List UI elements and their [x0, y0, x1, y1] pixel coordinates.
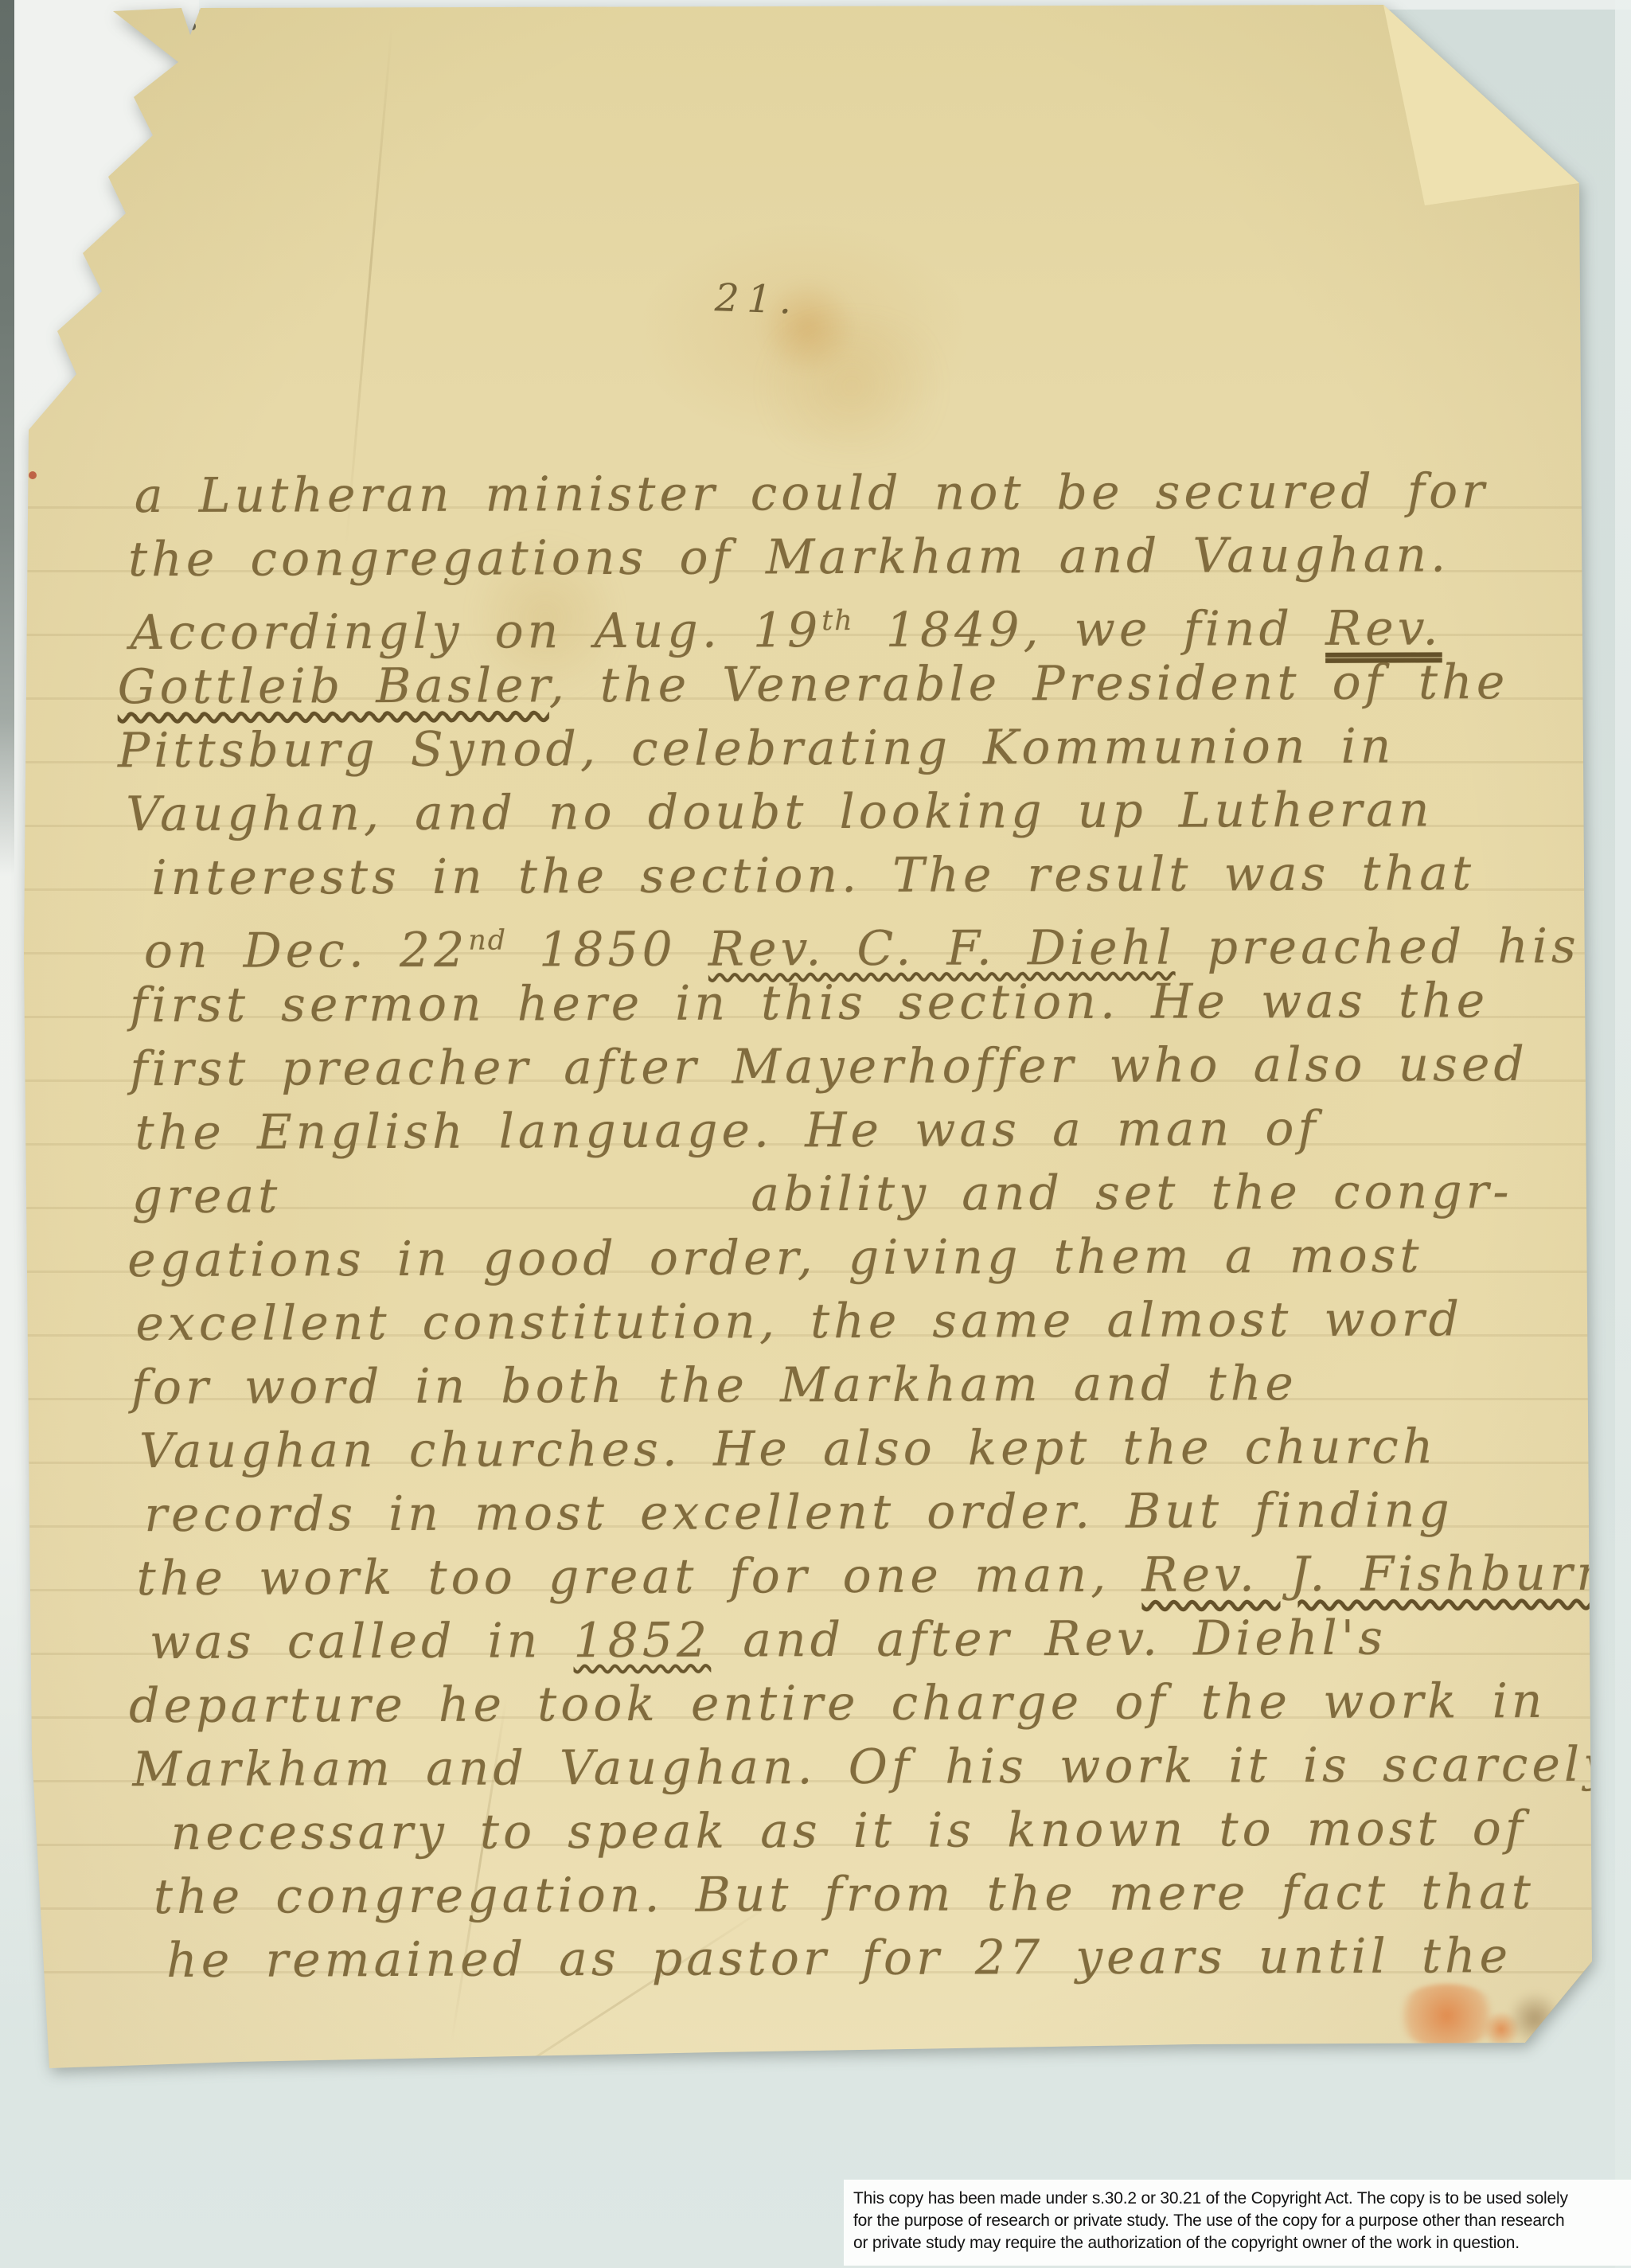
handwriting-line: Vaughan churches. He also kept the churc…: [139, 1415, 1585, 1483]
handwriting-text: and after Rev. Diehl's: [711, 1610, 1387, 1669]
handwriting-line: Pittsburg Synod, celebrating Kommunion i…: [118, 714, 1582, 783]
handwriting-text: great: [132, 1169, 282, 1225]
handwriting-text: necessary to speak as it is known to mos…: [171, 1801, 1528, 1861]
handwriting-line: the English language. He was a man of: [135, 1096, 1583, 1165]
handwriting-line: a Lutheran minister could not be secured…: [135, 459, 1582, 528]
handwriting-text: first preacher after Mayerhoffer who als…: [130, 1036, 1528, 1097]
handwriting-line: first preacher after Mayerhoffer who als…: [130, 1033, 1583, 1101]
handwriting-text: Markham and Vaughan. Of his work it is s…: [132, 1737, 1614, 1798]
handwriting-text: on Dec. 22: [144, 923, 469, 979]
handwriting-text: he remained as pastor for 27 years until…: [166, 1928, 1512, 1989]
handwriting-line: egations in good order, giving them a mo…: [127, 1224, 1584, 1292]
paper-shadow-wrapper: 21. a Lutheran minister could not be sec…: [0, 0, 1631, 2268]
handwriting-line: Accordingly on Aug. 19th 1849, we find R…: [130, 587, 1582, 655]
handwriting-line: on Dec. 22nd 1850 Rev. C. F. Diehl preac…: [144, 905, 1583, 974]
handwriting-line: was called in 1852 and after Rev. Diehl'…: [150, 1606, 1586, 1674]
handwriting-text: departure he took entire charge of the w…: [129, 1673, 1547, 1734]
handwriting-text: excellent constitution, the same almost …: [135, 1291, 1463, 1352]
handwriting-line: greatability and set the congr-: [132, 1160, 1584, 1228]
superscript-ordinal: nd: [468, 925, 507, 957]
underlined-name: Rev. J. Fishburn: [1141, 1546, 1611, 1603]
handwriting-text: records in most excellent order. But fin…: [144, 1482, 1453, 1543]
handwriting-text: Accordingly on Aug. 19: [130, 603, 821, 661]
handwriting-line: records in most excellent order. But fin…: [144, 1478, 1585, 1547]
scanned-document-page: 21. a Lutheran minister could not be sec…: [0, 0, 1631, 2268]
handwriting-text: 1850: [507, 922, 708, 978]
copyright-line: or private study may require the authori…: [853, 2232, 1631, 2254]
handwriting-text: for word in both the Markham and the: [131, 1356, 1297, 1415]
handwriting-line: the congregation. But from the mere fact…: [154, 1860, 1586, 1929]
handwriting-line: departure he took entire charge of the w…: [129, 1669, 1586, 1738]
red-speck: [29, 471, 37, 479]
handwriting-line: first sermon here in this section. He wa…: [130, 969, 1583, 1037]
handwriting-line: the congregations of Markham and Vaughan…: [128, 523, 1582, 591]
paper-sheet: 21. a Lutheran minister could not be sec…: [0, 0, 1631, 2268]
handwriting-text: Pittsburg Synod, celebrating Kommunion i…: [118, 719, 1395, 779]
handwriting-line: Vaughan, and no doubt looking up Luthera…: [126, 778, 1582, 846]
underlined-text: 1852: [573, 1613, 711, 1669]
handwriting-line: for word in both the Markham and the: [131, 1351, 1585, 1419]
underlined-text: Rev.: [1325, 600, 1442, 657]
handwriting-text: , the Venerable President of the: [549, 654, 1509, 713]
handwriting-text: a Lutheran minister could not be secured…: [135, 463, 1489, 524]
handwriting-line: he remained as pastor for 27 years until…: [166, 1924, 1586, 1993]
handwriting-line: excellent constitution, the same almost …: [135, 1287, 1584, 1356]
handwriting-text: the congregations of Markham and Vaughan…: [128, 527, 1450, 587]
handwriting-text: Vaughan, and no doubt looking up Luthera…: [126, 782, 1434, 842]
handwriting-text: egations in good order, giving them a mo…: [127, 1228, 1423, 1288]
handwriting-line: Gottleib Basler, the Venerable President…: [117, 650, 1582, 719]
handwriting-text: ability and set the congr-: [751, 1164, 1513, 1222]
paper-speck: [189, 22, 196, 30]
handwriting-text: the congregation. But from the mere fact…: [154, 1864, 1535, 1925]
handwriting-text: 1849, we find: [854, 601, 1326, 658]
page-number: 21.: [714, 275, 800, 323]
line-gap: [281, 1210, 751, 1212]
handwriting-line: necessary to speak as it is known to mos…: [171, 1797, 1586, 1865]
stain: [740, 318, 963, 454]
handwriting-text: the English language. He was a man of: [135, 1101, 1319, 1161]
handwriting-text: the work too great for one man,: [136, 1548, 1141, 1606]
handwriting-text: preached his: [1175, 919, 1580, 976]
handwriting-text: Vaughan churches. He also kept the churc…: [139, 1419, 1438, 1479]
underlined-name: Gottleib Basler: [118, 658, 549, 715]
copyright-line: for the purpose of research or private s…: [853, 2210, 1631, 2232]
handwriting-line: Markham and Vaughan. Of his work it is s…: [132, 1733, 1586, 1802]
handwriting-text: interests in the section. The result was…: [151, 845, 1475, 906]
underlined-name: Rev. C. F. Diehl: [708, 920, 1176, 978]
smudge-stain: [1511, 1989, 1559, 2048]
copyright-notice: This copy has been made under s.30.2 or …: [844, 2180, 1631, 2266]
handwriting-text: first sermon here in this section. He wa…: [130, 973, 1489, 1033]
handwriting-line: the work too great for one man, Rev. J. …: [136, 1542, 1585, 1610]
handwriting-text: was called in: [150, 1613, 574, 1670]
handwriting-block: a Lutheran minister could not be secured…: [117, 459, 1587, 1993]
copyright-line: This copy has been made under s.30.2 or …: [853, 2188, 1631, 2210]
handwriting-line: interests in the section. The result was…: [151, 841, 1582, 910]
superscript-ordinal: th: [821, 605, 854, 637]
